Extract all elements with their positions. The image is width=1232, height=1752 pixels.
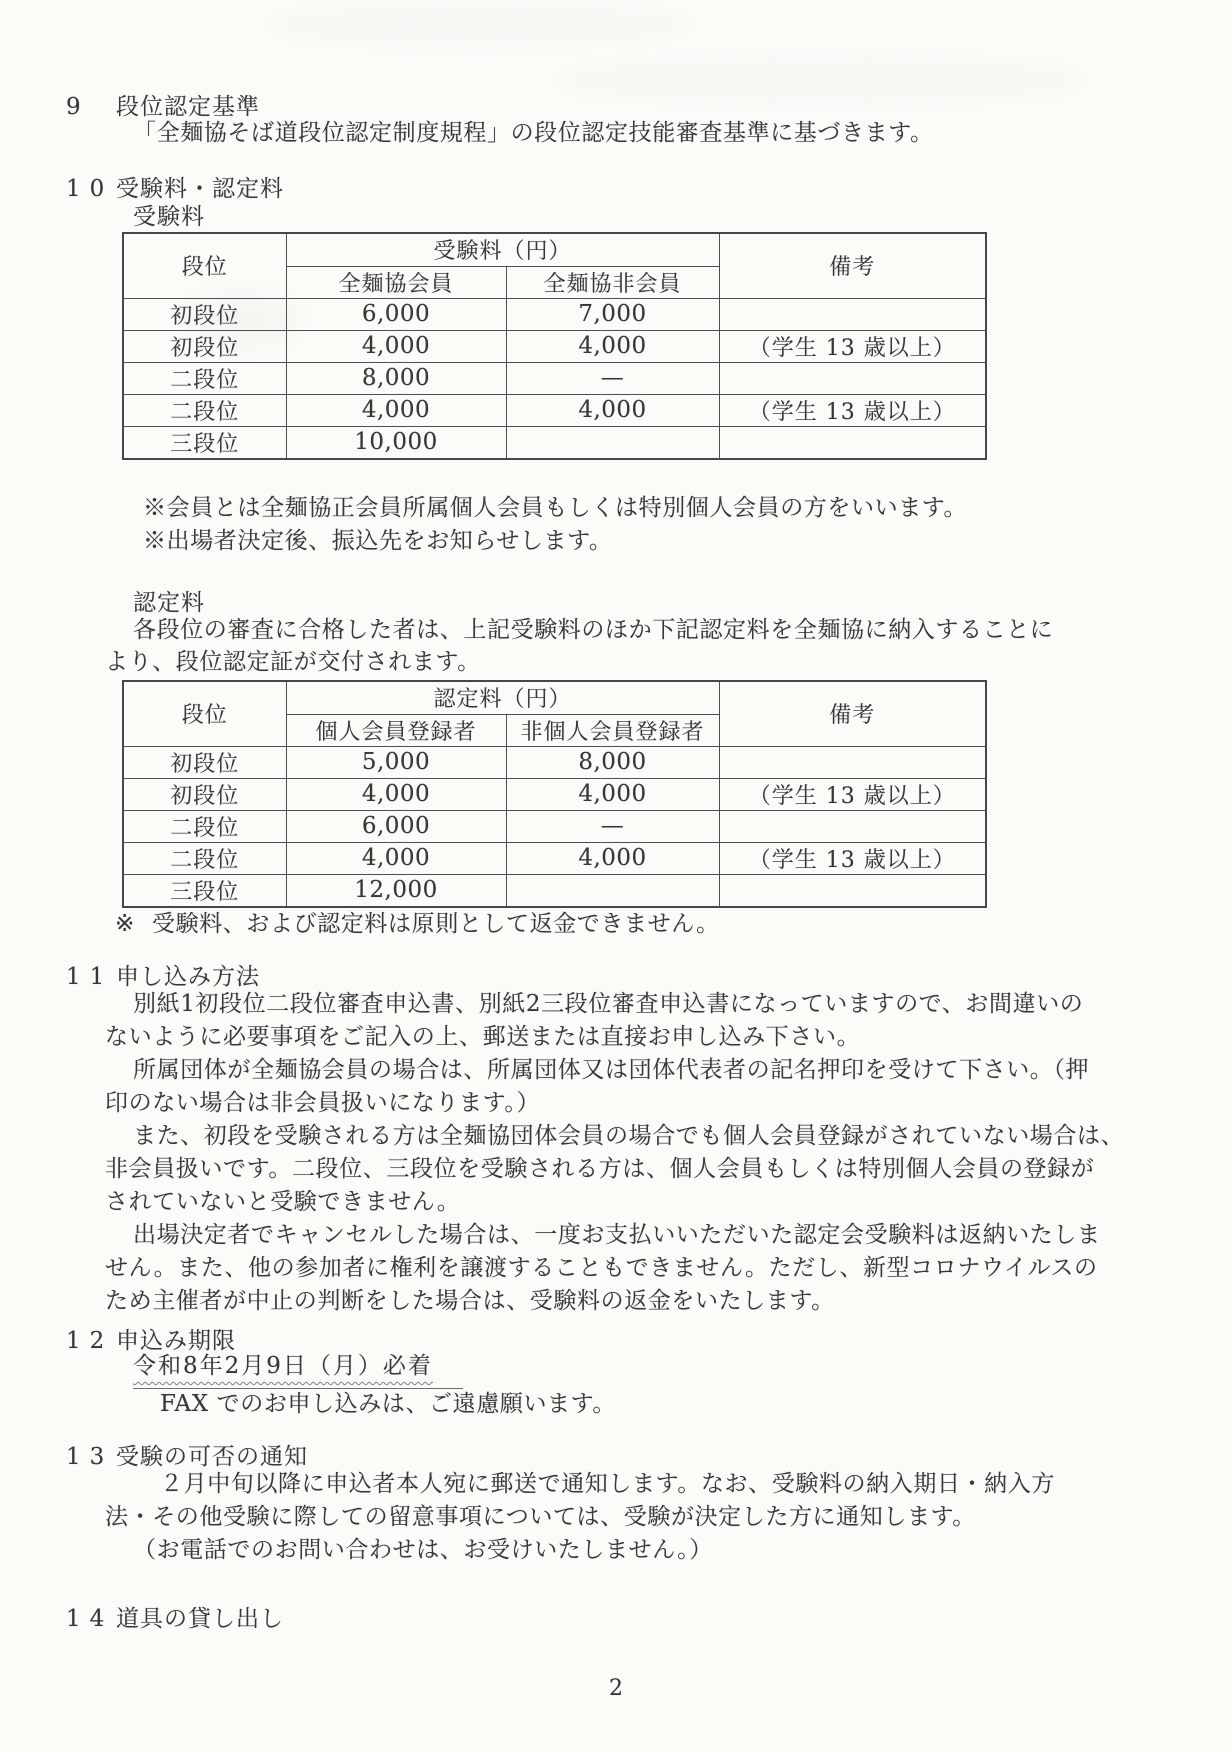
rank-cell: 二段位 [123,810,286,842]
rank-cell: 初段位 [123,330,286,362]
nonmember-fee-cell: 4,000 [506,778,719,810]
paragraph-line: 非会員扱いです。二段位、三段位を受験される方は、個人会員もしくは特別個人会員の登… [105,1153,1124,1186]
table-row: 三段位 12,000 [123,874,986,907]
note-cell [719,810,986,842]
section-12-number: 12 [66,1328,116,1354]
nonmember-fee-cell: 4,000 [506,330,719,362]
cert-col-note-header: 備考 [719,681,986,746]
table-row: 二段位 4,000 4,000 （学生 13 歳以上） [123,842,986,874]
refund-note-mark: ※ [115,908,152,941]
nonmember-fee-cell: 8,000 [506,746,719,778]
table-row: 初段位 6,000 7,000 [123,298,986,330]
nonmember-fee-cell [506,874,719,907]
note-cell [719,746,986,778]
section-11-title: 申し込み方法 [116,964,260,990]
section-11-body: 別紙1初段位二段位審査申込書、別紙2三段位審査申込書になっていますので、お間違い… [105,988,1124,1318]
section-14-title: 道具の貸し出し [116,1606,284,1632]
section-14-header: 14道具の貸し出し [66,1600,284,1633]
table-row: 初段位 5,000 8,000 [123,746,986,778]
note-cell [719,874,986,907]
cert-col-group-header: 認定料（円） [286,681,719,714]
section-9-number: 9 [66,94,116,120]
rank-cell: 初段位 [123,746,286,778]
paragraph-line: また、初段を受験される方は全麺協団体会員の場合でも個人会員登録がされていない場合… [105,1120,1124,1153]
paragraph-line: せん。また、他の参加者に権利を譲渡することもできません。ただし、新型コロナウイル… [105,1252,1124,1285]
note-cell [719,362,986,394]
nonmember-fee-cell [506,426,719,459]
member-fee-cell: 10,000 [286,426,506,459]
note-cell [719,426,986,459]
member-fee-cell: 4,000 [286,842,506,874]
member-definition-note: ※会員とは全麺協正会員所属個人会員もしくは特別個人会員の方をいいます。 [143,492,967,525]
section-13-header: 13受験の可否の通知 [66,1438,308,1471]
table-row: 二段位 8,000 — [123,362,986,394]
note-cell: （学生 13 歳以上） [719,778,986,810]
section-13-number: 13 [66,1444,116,1470]
member-fee-cell: 8,000 [286,362,506,394]
paragraph-line: 印のない場合は非会員扱いになります。） [105,1087,1124,1120]
paragraph-line: ２月中旬以降に申込者本人宛に郵送で通知します。なお、受験料の納入期日・納入方 [105,1468,1055,1501]
paragraph-line: （お電話でのお問い合わせは、お受けいたしません。） [105,1534,1055,1567]
section-9-body: 「全麺協そば道段位認定制度規程」の段位認定技能審査基準に基づきます。 [133,117,934,150]
rank-cell: 二段位 [123,362,286,394]
table-row: 二段位 6,000 — [123,810,986,842]
nonmember-fee-cell: 4,000 [506,394,719,426]
member-fee-cell: 6,000 [286,810,506,842]
member-fee-cell: 4,000 [286,394,506,426]
note-cell [719,298,986,330]
scan-artifact [560,60,1080,100]
section-10-number: 10 [66,176,116,202]
table-row: 初段位 4,000 4,000 （学生 13 歳以上） [123,330,986,362]
rank-cell: 二段位 [123,394,286,426]
nonmember-fee-cell: 4,000 [506,842,719,874]
note-cell: （学生 13 歳以上） [719,330,986,362]
nonmember-fee-cell: — [506,362,719,394]
member-fee-cell: 4,000 [286,778,506,810]
rank-cell: 三段位 [123,874,286,907]
section-13-title: 受験の可否の通知 [116,1444,308,1470]
exam-col-rank-header: 段位 [123,233,286,298]
nonmember-fee-cell: 7,000 [506,298,719,330]
table-row: 三段位 10,000 [123,426,986,459]
cert-fee-label: 認定料 [133,584,205,617]
scan-artifact [270,8,690,42]
page-number: 2 [0,1676,1232,1701]
section-11-number: 11 [66,964,116,990]
cert-col-member-header: 個人会員登録者 [286,714,506,746]
exam-col-nonmember-header: 全麺協非会員 [506,266,719,298]
member-fee-cell: 4,000 [286,330,506,362]
section-14-number: 14 [66,1606,116,1632]
deadline-text: 令和8年2月9日（月）必着 [133,1350,463,1389]
paragraph-line: ため主催者が中止の判断をした場合は、受験料の返金をいたします。 [105,1285,1124,1318]
table-row: 二段位 4,000 4,000 （学生 13 歳以上） [123,394,986,426]
refund-note: ※受験料、および認定料は原則として返金できません。 [115,908,720,941]
note-cell: （学生 13 歳以上） [719,842,986,874]
cert-fee-table: 段位 認定料（円） 備考 個人会員登録者 非個人会員登録者 初段位 5,000 … [122,680,987,908]
paragraph-line: 出場決定者でキャンセルした場合は、一度お支払いいただいた認定会受験料は返納いたし… [105,1219,1124,1252]
deadline-line: 令和8年2月9日（月）必着 [133,1350,463,1383]
exam-fee-label: 受験料 [133,198,205,231]
member-fee-cell: 12,000 [286,874,506,907]
cert-intro-line1: 各段位の審査に合格した者は、上記受験料のほか下記認定料を全麺協に納入することに [133,614,1053,647]
section-13-body: ２月中旬以降に申込者本人宛に郵送で通知します。なお、受験料の納入期日・納入方 法… [105,1468,1055,1567]
paragraph-line: 法・その他受験に際しての留意事項については、受験が決定した方に通知します。 [105,1501,1055,1534]
bank-transfer-note: ※出場者決定後、振込先をお知らせします。 [143,525,612,558]
rank-cell: 初段位 [123,298,286,330]
document-page: 9段位認定基準 「全麺協そば道段位認定制度規程」の段位認定技能審査基準に基づきま… [0,0,1232,1752]
refund-note-text: 受験料、および認定料は原則として返金できません。 [152,911,720,937]
cert-col-rank-header: 段位 [123,681,286,746]
exam-fee-table: 段位 受験料（円） 備考 全麺協会員 全麺協非会員 初段位 6,000 7,00… [122,232,987,460]
exam-col-member-header: 全麺協会員 [286,266,506,298]
member-fee-cell: 5,000 [286,746,506,778]
rank-cell: 二段位 [123,842,286,874]
rank-cell: 初段位 [123,778,286,810]
exam-col-group-header: 受験料（円） [286,233,719,266]
paragraph-line: 所属団体が全麺協会員の場合は、所属団体又は団体代表者の記名押印を受けて下さい。（… [105,1054,1124,1087]
cert-intro-line2: より、段位認定証が交付されます。 [105,646,481,679]
member-fee-cell: 6,000 [286,298,506,330]
paragraph-line: されていないと受験できません。 [105,1186,1124,1219]
exam-col-note-header: 備考 [719,233,986,298]
table-row: 初段位 4,000 4,000 （学生 13 歳以上） [123,778,986,810]
cert-col-nonmember-header: 非個人会員登録者 [506,714,719,746]
paragraph-line: ないように必要事項をご記入の上、郵送または直接お申し込み下さい。 [105,1021,1124,1054]
fax-note-line: FAX でのお申し込みは、ご遠慮願います。 [160,1388,616,1421]
paragraph-line: 別紙1初段位二段位審査申込書、別紙2三段位審査申込書になっていますので、お間違い… [105,988,1124,1021]
rank-cell: 三段位 [123,426,286,459]
note-cell: （学生 13 歳以上） [719,394,986,426]
nonmember-fee-cell: — [506,810,719,842]
section-11-header: 11申し込み方法 [66,958,260,991]
